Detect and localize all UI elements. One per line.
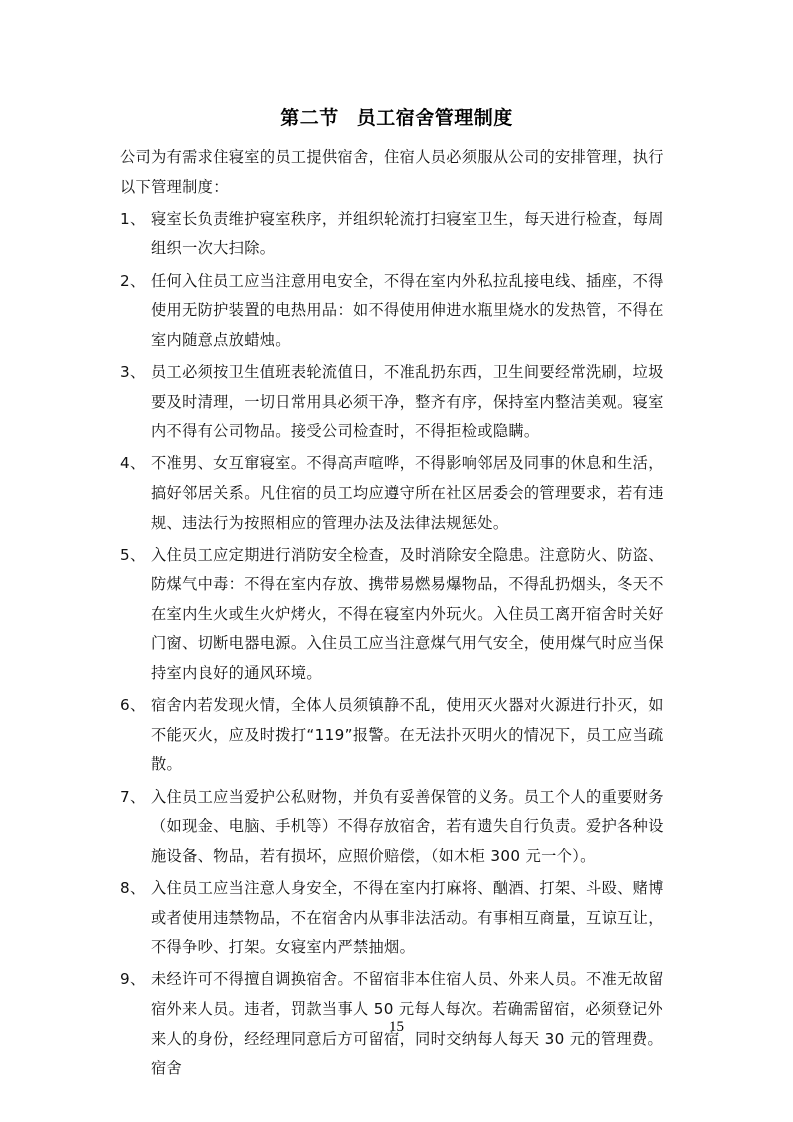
rule-text: 入住员工应当注意人身安全，不得在室内打麻将、酗酒、打架、斗殴、赌博或者使用违禁物… <box>151 879 664 956</box>
rule-number: 7、 <box>120 783 151 813</box>
rule-number: 5、 <box>120 541 151 571</box>
rule-item-1: 1、寝室长负责维护寝室秩序，并组织轮流打扫寝室卫生，每天进行检查，每周组织一次大… <box>120 205 676 264</box>
rule-item-5: 5、入住员工应定期进行消防安全检查，及时消除安全隐患。注意防火、防盗、防煤气中毒… <box>120 541 676 689</box>
rule-number: 3、 <box>120 358 151 388</box>
rule-item-3: 3、员工必须按卫生值班表轮流值日，不准乱扔东西，卫生间要经常洗刷，垃圾要及时清理… <box>120 358 676 447</box>
rule-item-7: 7、入住员工应当爱护公私财物，并负有妥善保管的义务。员工个人的重要财务（如现金、… <box>120 783 676 872</box>
rule-number: 4、 <box>120 449 151 479</box>
document-page: 第二节员工宿舍管理制度 公司为有需求住寝室的员工提供宿舍，住宿人员必须服从公司的… <box>0 0 793 1122</box>
rule-text: 寝室长负责维护寝室秩序，并组织轮流打扫寝室卫生，每天进行检查，每周组织一次大扫除… <box>151 210 664 258</box>
rule-number: 1、 <box>120 205 151 235</box>
rule-item-8: 8、入住员工应当注意人身安全，不得在室内打麻将、酗酒、打架、斗殴、赌博或者使用违… <box>120 874 676 963</box>
rule-text: 入住员工应定期进行消防安全检查，及时消除安全隐患。注意防火、防盗、防煤气中毒：不… <box>151 546 664 682</box>
rule-number: 2、 <box>120 267 151 297</box>
section-heading: 员工宿舍管理制度 <box>357 107 513 129</box>
rule-text: 入住员工应当爱护公私财物，并负有妥善保管的义务。员工个人的重要财务（如现金、电脑… <box>151 788 664 865</box>
rule-item-6: 6、宿舍内若发现火情，全体人员须镇静不乱，使用灭火器对火源进行扑灭，如不能灭火，… <box>120 691 676 780</box>
rule-number: 6、 <box>120 691 151 721</box>
rule-number: 9、 <box>120 965 151 995</box>
rule-text: 任何入住员工应当注意用电安全，不得在室内外私拉乱接电线、插座，不得使用无防护装置… <box>151 272 664 349</box>
rule-item-2: 2、任何入住员工应当注意用电安全，不得在室内外私拉乱接电线、插座，不得使用无防护… <box>120 267 676 356</box>
document-body: 公司为有需求住寝室的员工提供宿舍，住宿人员必须服从公司的安排管理，执行以下管理制… <box>120 143 676 1084</box>
page-number: 15 <box>0 1019 793 1036</box>
section-title: 第二节员工宿舍管理制度 <box>0 104 793 132</box>
rule-item-4: 4、不准男、女互窜寝室。不得高声喧哗，不得影响邻居及同事的休息和生活，搞好邻居关… <box>120 449 676 538</box>
rule-text: 不准男、女互窜寝室。不得高声喧哗，不得影响邻居及同事的休息和生活，搞好邻居关系。… <box>151 454 664 531</box>
rule-text: 员工必须按卫生值班表轮流值日，不准乱扔东西，卫生间要经常洗刷，垃圾要及时清理，一… <box>151 363 664 440</box>
rule-number: 8、 <box>120 874 151 904</box>
rule-text: 宿舍内若发现火情，全体人员须镇静不乱，使用灭火器对火源进行扑灭，如不能灭火，应及… <box>151 696 664 773</box>
intro-paragraph: 公司为有需求住寝室的员工提供宿舍，住宿人员必须服从公司的安排管理，执行以下管理制… <box>120 143 676 202</box>
section-number: 第二节 <box>280 107 339 129</box>
